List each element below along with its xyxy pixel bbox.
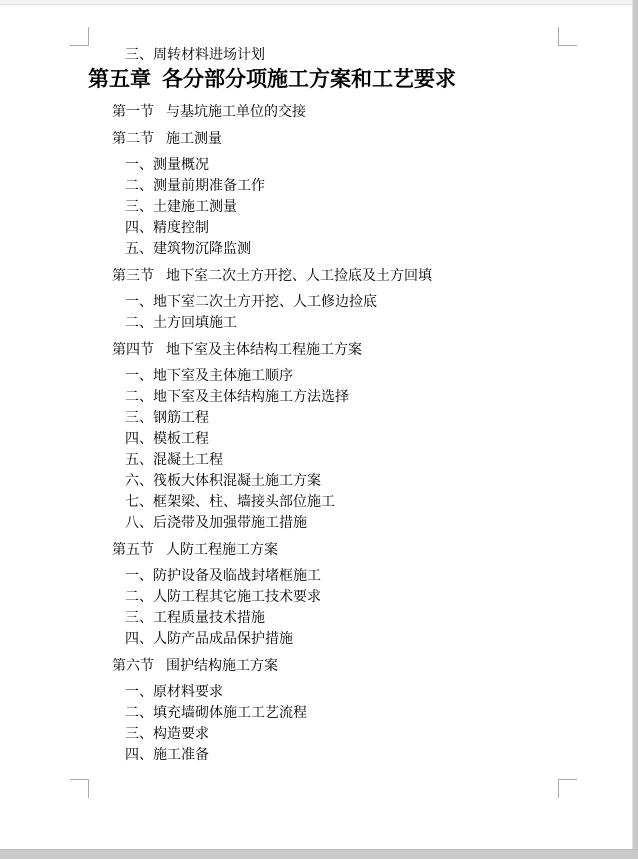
toc-item: 六、筏板大体积混凝土施工方案 [125,470,633,491]
toc-item-number: 五、 [125,240,153,256]
toc-item-number: 四、 [125,746,153,762]
toc-item-title: 周转材料进场计划 [153,46,265,62]
toc-item-title: 人防工程其它施工技术要求 [153,588,321,604]
toc-item-title: 防护设备及临战封堵框施工 [153,567,321,583]
toc-item: 四、施工准备 [125,744,633,765]
toc-section: 第四节地下室及主体结构工程施工方案 [112,339,633,360]
chapter-heading: 第五章各分部分项施工方案和工艺要求 [88,65,633,95]
toc-item-title: 构造要求 [153,725,209,741]
toc-section: 第三节地下室二次土方开挖、人工捡底及土方回填 [112,265,633,286]
toc-section-number: 第一节 [112,103,154,119]
toc-item-number: 三、 [125,46,153,62]
toc-item: 七、框架梁、柱、墙接头部位施工 [125,491,633,512]
toc-item-title: 精度控制 [153,219,209,235]
toc-item: 三、工程质量技术措施 [125,607,633,628]
toc-item: 八、后浇带及加强带施工措施 [125,512,633,533]
toc-section-title: 围护结构施工方案 [166,657,278,673]
toc-item-number: 四、 [125,630,153,646]
toc-section-number: 第四节 [112,341,154,357]
toc-item: 一、测量概况 [125,154,633,175]
toc-item: 一、地下室及主体施工顺序 [125,365,633,386]
toc-item: 五、混凝土工程 [125,449,633,470]
toc-item-title: 筏板大体积混凝土施工方案 [153,472,321,488]
toc-section-title: 地下室二次土方开挖、人工捡底及土方回填 [166,267,432,283]
toc-item-number: 二、 [125,388,153,404]
toc-section-title: 施工测量 [166,130,222,146]
toc-item: 三、土建施工测量 [125,196,633,217]
toc-item-title: 框架梁、柱、墙接头部位施工 [153,493,335,509]
toc-item-number: 一、 [125,156,153,172]
margin-crop-mark-top-right [558,27,577,46]
toc-section: 第六节围护结构施工方案 [112,655,633,676]
toc-section-number: 第六节 [112,657,154,673]
toc-item-title: 钢筋工程 [153,409,209,425]
toc-item-number: 二、 [125,177,153,193]
toc-item: 三、周转材料进场计划 [125,44,633,65]
toc-section-title: 地下室及主体结构工程施工方案 [166,341,362,357]
toc-section-title: 与基坑施工单位的交接 [166,103,306,119]
toc-item: 二、填充墙砌体施工工艺流程 [125,702,633,723]
toc-item: 一、防护设备及临战封堵框施工 [125,565,633,586]
toc-item-number: 三、 [125,725,153,741]
toc-item-title: 土方回填施工 [153,314,237,330]
toc-item-title: 测量概况 [153,156,209,172]
document-page: 三、周转材料进场计划 第五章各分部分项施工方案和工艺要求 第一节与基坑施工单位的… [0,44,633,765]
toc-item-title: 建筑物沉降监测 [153,240,251,256]
margin-crop-mark-top-left [70,27,89,46]
toc-item: 三、构造要求 [125,723,633,744]
toc-item-title: 原材料要求 [153,683,223,699]
toc-item-title: 施工准备 [153,746,209,762]
toc-item-title: 土建施工测量 [153,198,237,214]
toc-item: 四、人防产品成品保护措施 [125,628,633,649]
toc-section-number: 第五节 [112,541,154,557]
toc-item-title: 地下室二次土方开挖、人工修边捡底 [153,293,377,309]
toc-section: 第五节人防工程施工方案 [112,539,633,560]
toc-item-title: 工程质量技术措施 [153,609,265,625]
toc-item-title: 填充墙砌体施工工艺流程 [153,704,307,720]
toc-item-number: 四、 [125,219,153,235]
toc-item: 二、人防工程其它施工技术要求 [125,586,633,607]
margin-crop-mark-bottom-left [70,779,89,798]
toc-item-title: 混凝土工程 [153,451,223,467]
toc-item-number: 五、 [125,451,153,467]
toc-item-title: 后浇带及加强带施工措施 [153,514,307,530]
toc-item-number: 二、 [125,588,153,604]
viewport-top-edge [0,0,638,5]
toc-item: 五、建筑物沉降监测 [125,238,633,259]
toc-item-title: 地下室及主体结构施工方法选择 [153,388,349,404]
toc-item-number: 三、 [125,409,153,425]
toc-item: 四、模板工程 [125,428,633,449]
toc-item: 二、地下室及主体结构施工方法选择 [125,386,633,407]
margin-crop-mark-bottom-right [558,779,577,798]
toc-item-number: 二、 [125,704,153,720]
toc-item: 一、原材料要求 [125,681,633,702]
toc-item-number: 二、 [125,314,153,330]
toc-item-number: 八、 [125,514,153,530]
toc-item-number: 六、 [125,472,153,488]
viewport-bottom-edge [0,849,638,859]
toc-item-number: 一、 [125,293,153,309]
toc-section-title: 人防工程施工方案 [166,541,278,557]
toc-item-title: 模板工程 [153,430,209,446]
chapter-title: 各分部分项施工方案和工艺要求 [162,68,456,91]
toc-item-number: 一、 [125,567,153,583]
toc-item-number: 三、 [125,198,153,214]
toc-item-number: 一、 [125,683,153,699]
toc-section: 第一节与基坑施工单位的交接 [112,101,633,122]
toc-item-title: 地下室及主体施工顺序 [153,367,293,383]
toc-item: 二、测量前期准备工作 [125,175,633,196]
toc-item: 三、钢筋工程 [125,407,633,428]
toc-item-number: 四、 [125,430,153,446]
toc-item-number: 三、 [125,609,153,625]
viewport-right-edge [632,0,638,859]
toc-item: 四、精度控制 [125,217,633,238]
toc-section-number: 第二节 [112,130,154,146]
toc-item: 二、土方回填施工 [125,312,633,333]
toc-item: 一、地下室二次土方开挖、人工修边捡底 [125,291,633,312]
toc-section: 第二节施工测量 [112,128,633,149]
toc-section-number: 第三节 [112,267,154,283]
toc-item-number: 一、 [125,367,153,383]
toc-item-title: 人防产品成品保护措施 [153,630,293,646]
toc-item-number: 七、 [125,493,153,509]
chapter-number: 第五章 [88,68,151,91]
toc-item-title: 测量前期准备工作 [153,177,265,193]
